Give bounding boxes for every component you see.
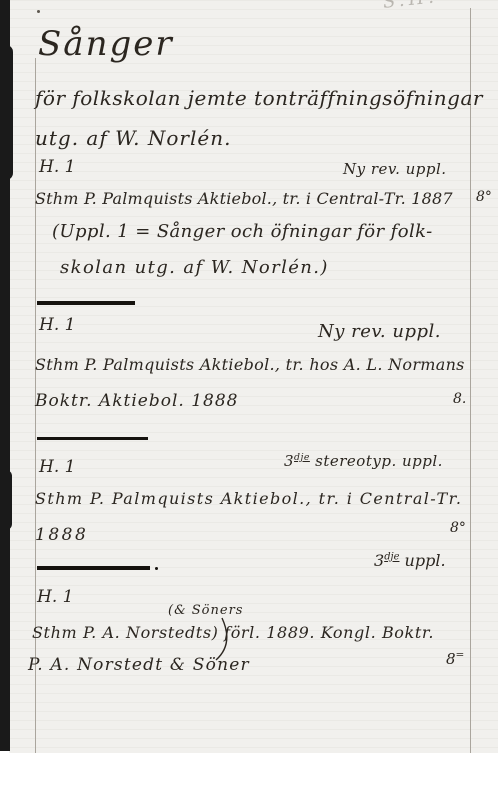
right-margin-rule: [470, 8, 471, 753]
entry1-note-line-2: skolan utg. af W. Norlén.): [60, 257, 329, 279]
entry4-imprint-line-2: P. A. Norstedt & Söner: [28, 655, 250, 675]
entry2-imprint-line-1: Sthm P. Palmquists Aktiebol., tr. hos A.…: [35, 355, 465, 374]
entry3-extra-number: 3: [374, 551, 384, 570]
entry2-imprint-line-2: Boktr. Aktiebol. 1888: [35, 391, 238, 411]
entry1-format-label: 8°: [476, 189, 492, 206]
entry4-heft-label: H. 1: [37, 587, 73, 607]
separator-rule-3: [37, 566, 150, 570]
entry4-format-number: 8: [446, 650, 456, 668]
entry3-edition-number: 3: [284, 452, 294, 470]
entry2-format-label: 8.: [453, 391, 466, 408]
entry3-extra-edition-label: 3dje uppl.: [374, 551, 446, 570]
entry1-note-line-1: (Uppl. 1 = Sånger och öfningar för folk-: [52, 221, 433, 243]
entry3-edition-label: 3dje stereotyp. uppl.: [284, 452, 443, 470]
scanned-catalog-card: S.H. Sånger för folkskolan jemte tonträf…: [0, 0, 500, 800]
entry3-edition-text: stereotyp. uppl.: [310, 452, 443, 470]
entry3-imprint-line-2: 1888: [35, 525, 88, 545]
entry1-edition-label: Ny rev. uppl.: [343, 160, 447, 178]
scan-edge-irregularity: [0, 45, 13, 180]
separator-rule-2: [37, 437, 148, 440]
entry4-imprint-line-1: Sthm P. A. Norstedts) förl. 1889. Kongl.…: [32, 623, 434, 642]
entry3-edition-ordinal-suffix: dje: [294, 452, 310, 463]
entry4-format-mark: =: [456, 649, 465, 661]
subtitle-line-2: utg. af W. Norlén.: [35, 126, 231, 150]
separator-rule-1: [37, 301, 135, 305]
page-title: Sånger: [38, 24, 174, 65]
scan-edge-irregularity: [0, 470, 12, 530]
entry3-heft-label: H. 1: [39, 457, 75, 477]
entry3-format-label: 8°: [450, 520, 466, 537]
entry1-imprint-line-1: Sthm P. Palmquists Aktiebol., tr. i Cent…: [35, 189, 453, 208]
separator-rule-3-dot: [155, 567, 158, 570]
subtitle-line-1: för folkskolan jemte tonträffningsöfning…: [35, 86, 483, 110]
entry1-heft-label: H. 1: [39, 157, 75, 177]
entry4-format-label: 8=: [446, 649, 464, 668]
entry3-imprint-line-1: Sthm P. Palmquists Aktiebol., tr. i Cent…: [35, 489, 462, 508]
entry2-edition-label: Ny rev. uppl.: [318, 321, 441, 343]
ink-speck: [37, 10, 40, 13]
entry3-extra-text: uppl.: [399, 551, 445, 570]
entry2-heft-label: H. 1: [39, 315, 75, 335]
entry3-extra-ordinal-suffix: dje: [384, 552, 399, 563]
